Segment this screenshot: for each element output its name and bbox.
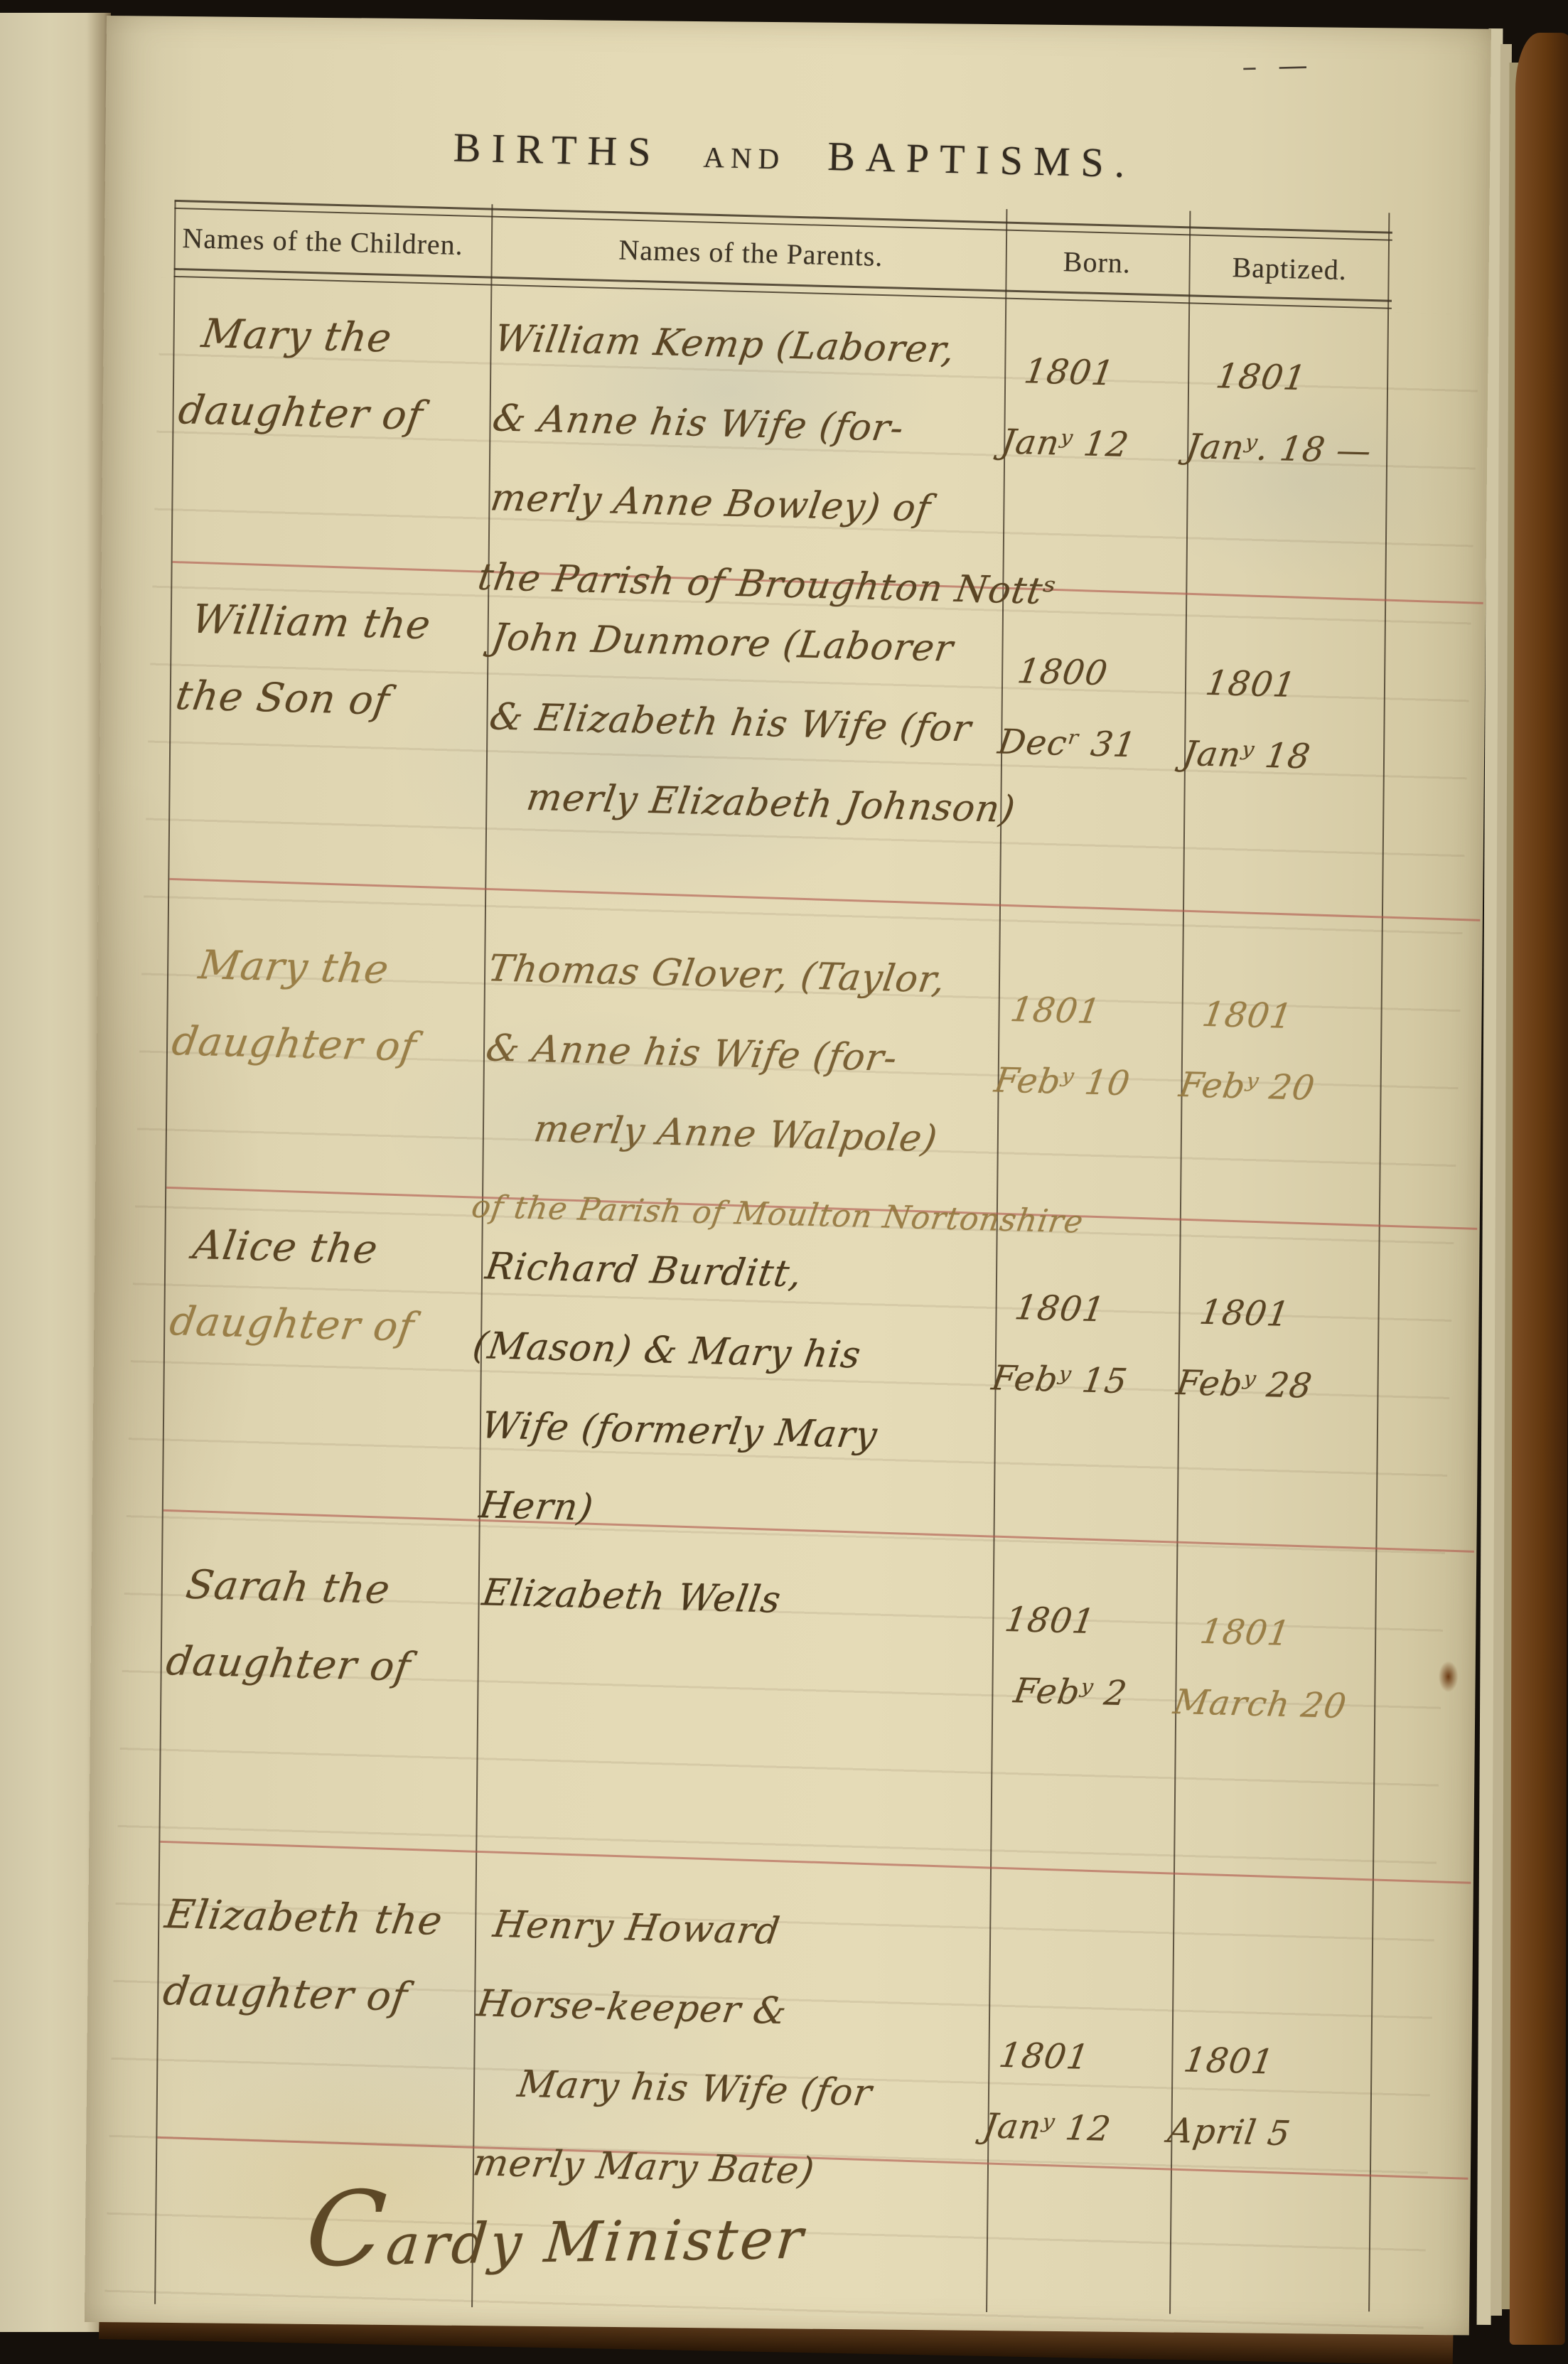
born-year: 1801 [1000,1584,1174,1659]
parent-detail-line: merly Anne Bowley) of [485,458,1015,550]
baptized-cell: 1801 April 5 [1167,1866,1374,2171]
parent-detail-line: merly Anne Walpole) [528,1089,1009,1180]
child-name-cell: Elizabeth the daughter of [163,1841,475,2038]
child-name-line: daughter of [161,1623,479,1708]
baptized-year: 1801 [1198,979,1386,1054]
born-year: 1801 [1019,336,1186,410]
column-header-children: Names of the Children. [182,221,488,262]
born-date: Janʸ 12 [978,2090,1166,2166]
baptized-cell: 1801 Febʸ 28 [1176,1212,1380,1423]
ink-stain [1438,1661,1458,1692]
baptized-year: 1801 [1195,1277,1383,1352]
book-cover-edge [1510,33,1568,2345]
parents-cell: Richard Burditt, (Mason) & Mary his Wife… [479,1194,1006,1558]
baptized-cell: 1801 Febʸ 20 [1178,904,1383,1125]
baptized-date: Janʸ 18 [1178,718,1387,794]
column-header-born: Born. [1008,243,1186,281]
parents-cell: Henry Howard Horse-keeper & Mary his Wif… [473,1849,1000,2215]
child-name-cell: William the the Son of [175,561,486,742]
child-name-line: Mary the [196,296,493,380]
born-date: Febʸ 10 [989,1045,1178,1121]
born-cell: 1801 Febʸ 15 [991,1207,1174,1418]
page-title: BIRTHS AND BAPTISMS. [410,122,1178,188]
column-header-parents: Names of the Parents. [499,230,1003,276]
child-name-cell: Mary the daughter of [171,878,483,1088]
parent-detail-line: & Anne his Wife (for- [487,379,1017,471]
baptized-cell: 1801 Janʸ 18 [1182,587,1386,794]
parent-detail-line: Richard Burditt, [480,1226,1010,1319]
parent-detail-line: Henry Howard [488,1885,1004,1977]
child-name-line: William the [187,582,491,665]
child-name-line: daughter of [173,372,492,456]
born-cell: 1801 Febʸ 10 [994,899,1177,1120]
born-date: Janʸ 12 [997,407,1185,482]
child-name-line: Elizabeth the [160,1876,478,1961]
minister-signature: Cardy Minister [301,2163,812,2290]
born-cell: 1800 Decʳ 31 [997,582,1180,781]
baptized-date: March 20 [1169,1667,1378,1743]
baptized-year: 1801 [1196,1596,1380,1672]
child-name-line: the Son of [171,658,489,742]
parent-detail-line: merly Elizabeth Johnson) [521,758,1012,850]
parent-detail-line: William Kemp (Laborer, [489,299,1019,392]
title-word: AND [703,141,786,176]
baptized-year: 1801 [1179,2025,1375,2100]
child-name-line: daughter of [167,1003,485,1088]
born-year: 1801 [994,2020,1169,2095]
parents-cell: Elizabeth Wells [482,1517,1004,1645]
child-name-cell: Mary the daughter of [178,275,489,456]
born-date: Febʸ 2 [1009,1655,1172,1730]
register-photo: { "book": { "title_word1": "BIRTHS", "ti… [0,0,1568,2364]
column-header-baptized: Baptized. [1191,250,1388,288]
parent-detail-line: Elizabeth Wells [477,1553,1007,1645]
child-name-cell: Sarah the daughter of [166,1509,478,1708]
title-word: BAPTISMS. [827,133,1137,186]
born-cell: 1801 Janʸ 12 [982,1861,1168,2166]
born-year: 1801 [1006,974,1180,1049]
parent-detail-line: Thomas Glover, (Taylor, [483,929,1013,1021]
baptized-date: April 5 [1163,2095,1373,2171]
born-cell: 1801 Janʸ 12 [1001,296,1183,481]
parent-detail-line: (Mason) & Mary his [467,1306,1008,1398]
child-name-line: Mary the [193,927,487,1011]
parents-cell: John Dunmore (Laborer & Elizabeth his Wi… [487,569,1012,849]
parent-detail-line: John Dunmore (Laborer [486,598,1016,690]
born-year: 1800 [1013,636,1183,710]
child-name-cell: Alice the daughter of [169,1187,480,1368]
born-date: Febʸ 15 [987,1343,1175,1418]
child-name-line: daughter of [158,1953,476,2038]
baptized-date: Febʸ 20 [1174,1049,1384,1125]
parent-detail-line: & Elizabeth his Wife (for [484,677,1014,769]
parent-detail-line: Wife (formerly Mary [476,1386,1006,1478]
baptized-date: Febʸ 28 [1171,1347,1381,1423]
baptized-cell: 1801 Janʸ. 18 — [1186,301,1389,487]
title-word: BIRTHS [453,124,662,176]
baptized-date: Janʸ. 18 — [1181,411,1390,487]
parent-detail-line: Mary his Wife (for [512,2045,1000,2136]
baptized-year: 1801 [1201,648,1389,723]
child-name-line: Sarah the [181,1547,481,1631]
born-year: 1801 [1010,1272,1177,1347]
register-page: – — BIRTHS AND BAPTISMS. Names of the Ch… [85,16,1491,2336]
corner-pen-mark: – — [1242,48,1314,85]
child-name-line: Alice the [188,1207,485,1291]
parent-detail-line: Horse-keeper & [471,1964,1002,2056]
baptized-cell: 1801 March 20 [1173,1535,1377,1743]
parent-detail-line: & Anne his Wife (for- [480,1008,1011,1101]
born-cell: 1801 Febʸ 2 [989,1530,1171,1730]
baptized-year: 1801 [1211,341,1392,416]
child-name-line: daughter of [164,1283,483,1368]
born-date: Decʳ 31 [993,707,1181,782]
